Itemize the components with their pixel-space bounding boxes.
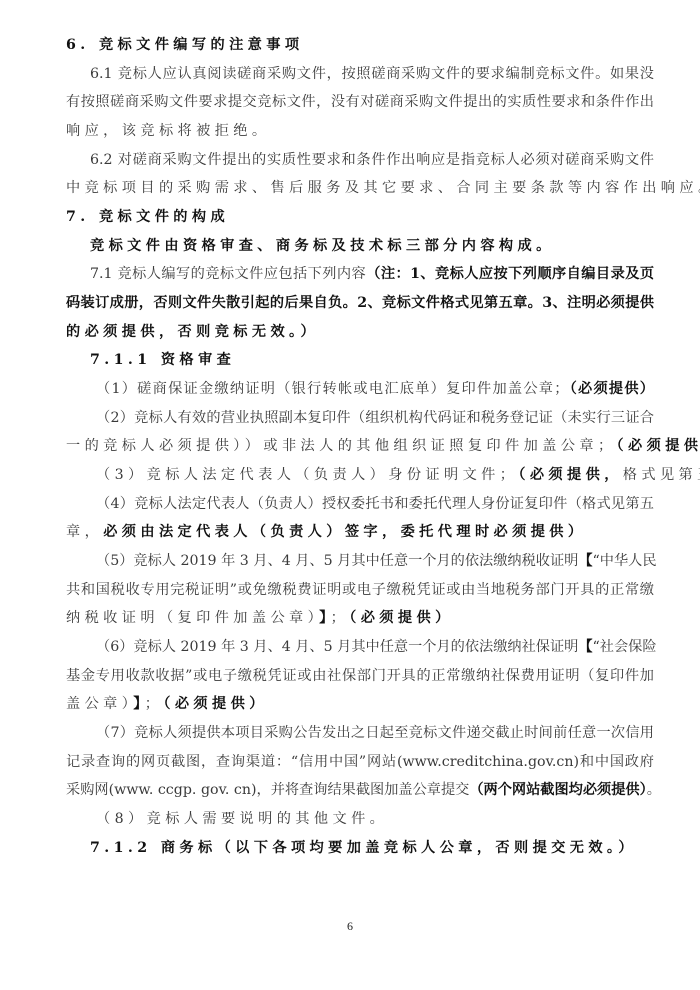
text: 7.1 竞标人编写的竞标文件应包括下列内容 <box>90 266 366 282</box>
paragraph-line: 的必须提供，否则竞标无效。） <box>66 318 654 346</box>
paragraph-line: 6.1 竞标人应认真阅读磋商采购文件，按照磋商采购文件的要求编制竞标文件。如果没 <box>90 60 654 88</box>
bold-text: 必须由法定代表人（负责人）签字，委托代理时必须提供） <box>103 524 586 540</box>
list-item-line: （1）磋商保证金缴纳证明（银行转帐或电汇底单）复印件加盖公章；（必须提供） <box>96 375 654 403</box>
text: 中竞标项目的采购需求、售后服务及其它要求、合同主要条款等内容作出响应。 <box>66 180 700 196</box>
text: 有按照磋商采购文件要求提交竞标文件，没有对磋商采购文件提出的实质性要求和条件作出 <box>66 94 654 110</box>
text: 格式见第五章） <box>623 467 700 483</box>
list-item-line: 一的竞标人必须提供））或非法人的其他组织证照复印件加盖公章；（必须提供） <box>66 432 654 460</box>
list-item-line: （2）竞标人有效的营业执照副本复印件（组织机构代码证和税务登记证（未实行三证合 <box>96 404 654 432</box>
bold-text: 【 <box>578 639 592 655</box>
text: 。 <box>647 782 661 798</box>
text: 盖公章） <box>66 696 133 712</box>
list-item-line: （7）竞标人须提供本项目采购公告发出之日起至竞标文件递交截止时间前任意一次信用 <box>96 719 654 747</box>
text: 采购网(www. ccgp. gov. cn)，并将查询结果截图加盖公章提交 <box>66 782 469 798</box>
list-item-line: （3）竞标人法定代表人（负责人）身份证明文件；（必须提供，格式见第五章） <box>96 461 654 489</box>
text: “中华人民 <box>593 553 657 569</box>
subsection-heading-7-1-1: 7.1.1 资格审查 <box>90 346 654 374</box>
text: 6.1 竞标人应认真阅读磋商采购文件，按照磋商采购文件的要求编制竞标文件。如果没 <box>90 66 654 82</box>
list-item-line: （6）竞标人 2019 年 3 月、4 月、5 月其中任意一个月的依法缴纳社保证… <box>96 633 654 661</box>
list-item-line: （8）竞标人需要说明的其他文件。 <box>96 805 654 833</box>
bold-text: 】 <box>133 696 145 712</box>
list-item-line: 盖公章）】；（必须提供） <box>66 690 654 718</box>
text: 记录查询的网页截图，查询渠道：“信用中国”网站(www.creditchina.… <box>66 754 654 770</box>
bold-text: （必须提供） <box>568 381 654 397</box>
text: “社会保险 <box>593 639 657 655</box>
text: （3）竞标人法定代表人（负责人）身份证明文件； <box>96 467 518 483</box>
bold-text: （两个网站截图均必须提供） <box>469 782 646 798</box>
text: 一的竞标人必须提供））或非法人的其他组织证照复印件加盖公章； <box>66 438 617 454</box>
bold-text: （注：1、竞标人应按下列顺序自编目录及页 <box>366 266 654 282</box>
document-page: 6. 竞标文件编写的注意事项6.1 竞标人应认真阅读磋商采购文件，按照磋商采购文… <box>0 0 700 990</box>
text: ； <box>331 610 350 626</box>
bold-text: 7.1.1 资格审查 <box>90 352 235 368</box>
paragraph-line: 中竞标项目的采购需求、售后服务及其它要求、合同主要条款等内容作出响应。 <box>66 174 654 202</box>
paragraph-line: 7.1 竞标人编写的竞标文件应包括下列内容（注：1、竞标人应按下列顺序自编目录及… <box>90 260 654 288</box>
page-number: 6 <box>0 919 700 934</box>
bold-text: （必须提供， <box>518 467 622 483</box>
list-item-line: 采购网(www. ccgp. gov. cn)，并将查询结果截图加盖公章提交（两… <box>66 776 654 804</box>
paragraph-line: 6.2 对磋商采购文件提出的实质性要求和条件作出响应是指竞标人必须对磋商采购文件 <box>90 146 654 174</box>
bold-text: （必须提供） <box>617 438 700 454</box>
text: 共和国税收专用完税证明”或免缴税费证明或电子缴税凭证或由当地税务部门开具的正常缴 <box>66 582 654 598</box>
list-item-line: 共和国税收专用完税证明”或免缴税费证明或电子缴税凭证或由当地税务部门开具的正常缴 <box>66 576 654 604</box>
subsection-heading-7-1-2: 7.1.2 商务标（以下各项均要加盖竞标人公章，否则提交无效。） <box>90 834 654 862</box>
bold-text: 的必须提供，否则竞标无效。） <box>66 324 319 340</box>
bold-text: 【 <box>578 553 592 569</box>
paragraph-line: 竞标文件由资格审查、商务标及技术标三部分内容构成。 <box>90 232 654 260</box>
section-heading-7: 7. 竞标文件的构成 <box>66 203 654 231</box>
bold-text: 竞标文件由资格审查、商务标及技术标三部分内容构成。 <box>90 238 555 254</box>
text: （1）磋商保证金缴纳证明（银行转帐或电汇底单）复印件加盖公章； <box>96 381 568 397</box>
text: （4）竞标人法定代表人（负责人）授权委托书和委托代理人身份证复印件（格式见第五 <box>96 496 654 512</box>
list-item-line: 记录查询的网页截图，查询渠道：“信用中国”网站(www.creditchina.… <box>66 748 654 776</box>
list-item-line: （4）竞标人法定代表人（负责人）授权委托书和委托代理人身份证复印件（格式见第五 <box>96 490 654 518</box>
paragraph-line: 响应，该竞标将被拒绝。 <box>66 117 654 145</box>
bold-text: 7. 竞标文件的构成 <box>66 209 229 225</box>
text: （2）竞标人有效的营业执照副本复印件（组织机构代码证和税务登记证（未实行三证合 <box>96 410 654 426</box>
text: 章， <box>66 524 103 540</box>
list-item-line: 纳税收证明（复印件加盖公章）】；（必须提供） <box>66 604 654 632</box>
paragraph-line: 码装订成册，否则文件失散引起的后果自负。2、竞标文件格式见第五章。3、注明必须提… <box>66 289 654 317</box>
text: 响应，该竞标将被拒绝。 <box>66 123 270 139</box>
text: （7）竞标人须提供本项目采购公告发出之日起至竞标文件递交截止时间前任意一次信用 <box>96 725 654 741</box>
bold-text: 6. 竞标文件编写的注意事项 <box>66 37 303 53</box>
list-item-line: 基金专用收款收据”或电子缴税凭证或由社保部门开具的正常缴纳社保费用证明（复印件加 <box>66 662 654 690</box>
text: 6.2 对磋商采购文件提出的实质性要求和条件作出响应是指竞标人必须对磋商采购文件 <box>90 152 654 168</box>
text: ； <box>145 696 164 712</box>
text: （5）竞标人 2019 年 3 月、4 月、5 月其中任意一个月的依法缴纳税收证… <box>96 553 578 569</box>
bold-text: （必须提供） <box>163 696 267 712</box>
bold-text: 7.1.2 商务标（以下各项均要加盖竞标人公章，否则提交无效。） <box>90 840 637 856</box>
list-item-line: 章，必须由法定代表人（负责人）签字，委托代理时必须提供） <box>66 518 654 546</box>
text: 纳税收证明（复印件加盖公章） <box>66 610 319 626</box>
bold-text: （必须提供） <box>349 610 453 626</box>
bold-text: 】 <box>319 610 331 626</box>
text: （6）竞标人 2019 年 3 月、4 月、5 月其中任意一个月的依法缴纳社保证… <box>96 639 578 655</box>
paragraph-line: 有按照磋商采购文件要求提交竞标文件，没有对磋商采购文件提出的实质性要求和条件作出 <box>66 88 654 116</box>
section-heading-6: 6. 竞标文件编写的注意事项 <box>66 31 654 59</box>
text: （8）竞标人需要说明的其他文件。 <box>96 811 388 827</box>
list-item-line: （5）竞标人 2019 年 3 月、4 月、5 月其中任意一个月的依法缴纳税收证… <box>96 547 654 575</box>
bold-text: 码装订成册，否则文件失散引起的后果自负。2、竞标文件格式见第五章。3、注明必须提… <box>66 295 654 311</box>
text: 基金专用收款收据”或电子缴税凭证或由社保部门开具的正常缴纳社保费用证明（复印件加 <box>66 668 654 684</box>
